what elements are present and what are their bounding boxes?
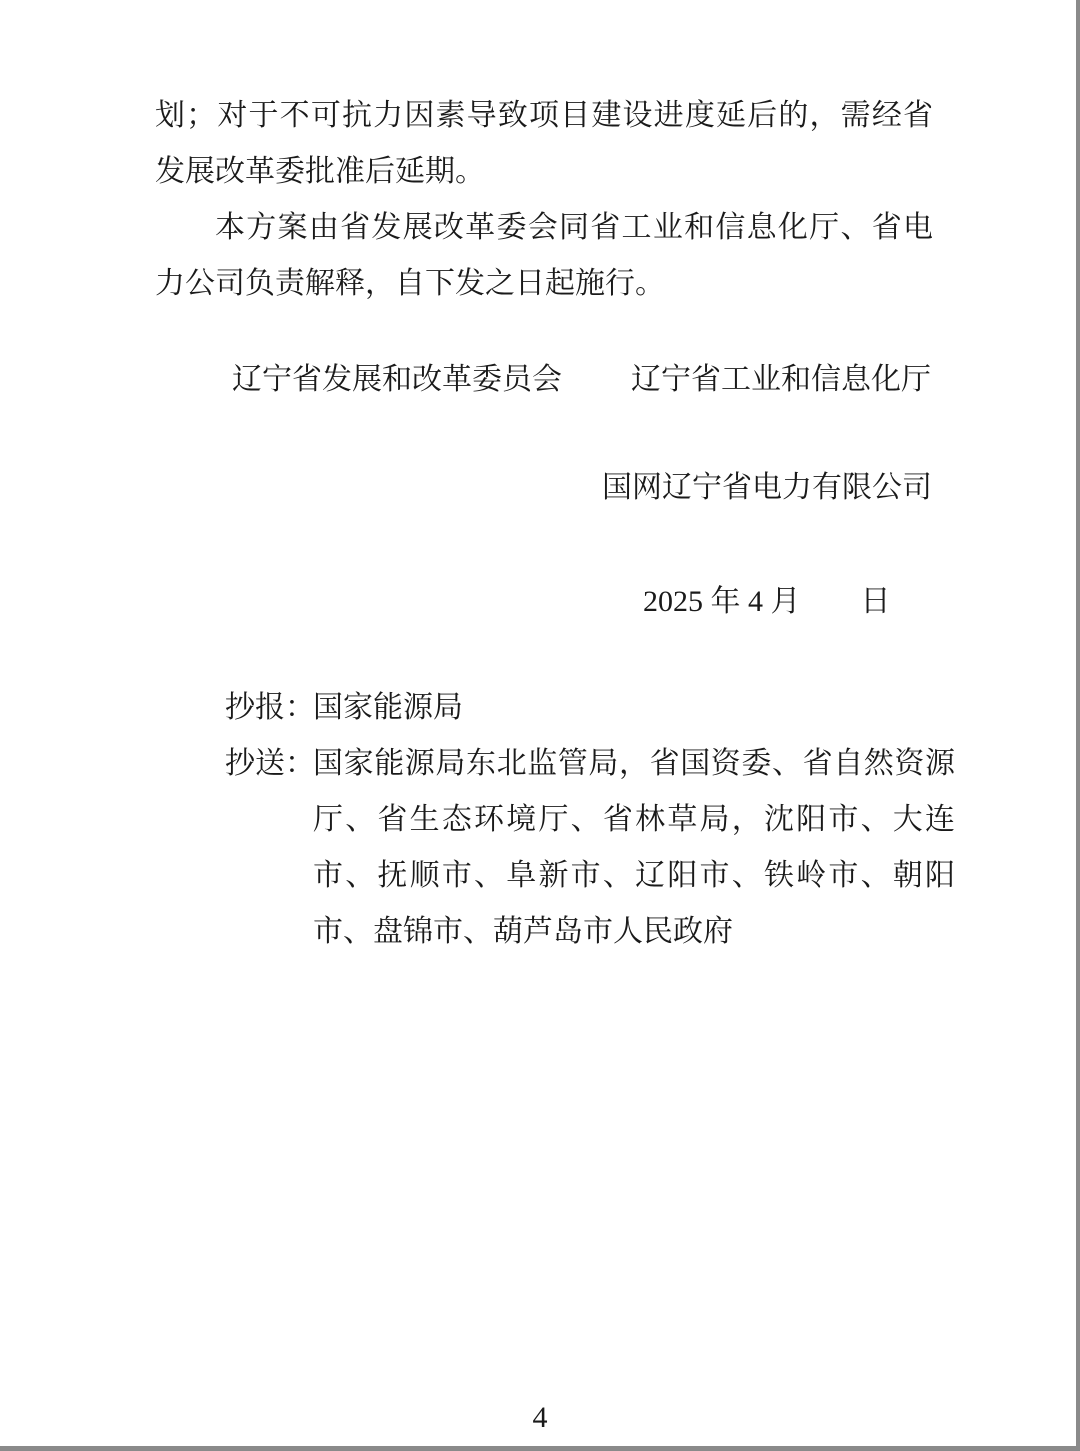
signature-org-state-grid-company: 国网辽宁省电力有限公司: [602, 468, 932, 508]
body-text-block: 划；对于不可抗力因素导致项目建设进度延后的，需经省发展改革委批准后延期。 本方案…: [155, 88, 933, 312]
signature-org-row: 辽宁省发展和改革委员会 辽宁省工业和信息化厅: [0, 358, 1080, 402]
signature-date-line: 2025 年 4 月 日: [643, 582, 891, 622]
paragraph-continuation: 划；对于不可抗力因素导致项目建设进度延后的，需经省发展改革委批准后延期。: [155, 88, 933, 200]
page-edge-shadow-right: [1076, 0, 1080, 1451]
copy-send-recipients: 国家能源局东北监管局，省国资委、省自然资源厅、省生态环境厅、省林草局，沈阳市、大…: [313, 736, 955, 960]
signature-org-development-reform-commission: 辽宁省发展和改革委员会: [232, 358, 562, 402]
copy-report-label: 抄报：: [225, 680, 313, 736]
paragraph-implementation: 本方案由省发展改革委会同省工业和信息化厅、省电力公司负责解释，自下发之日起施行。: [155, 200, 933, 312]
signature-org-industry-information-dept: 辽宁省工业和信息化厅: [631, 358, 931, 402]
document-page: 划；对于不可抗力因素导致项目建设进度延后的，需经省发展改革委批准后延期。 本方案…: [0, 0, 1080, 1451]
page-number: 4: [0, 1398, 1080, 1438]
copy-send-label: 抄送：: [225, 736, 313, 792]
copy-send-row: 抄送： 国家能源局东北监管局，省国资委、省自然资源厅、省生态环境厅、省林草局，沈…: [225, 736, 955, 960]
copy-report-row: 抄报： 国家能源局: [225, 680, 955, 736]
copy-report-recipients: 国家能源局: [313, 680, 955, 736]
page-edge-shadow-bottom: [0, 1446, 1080, 1451]
